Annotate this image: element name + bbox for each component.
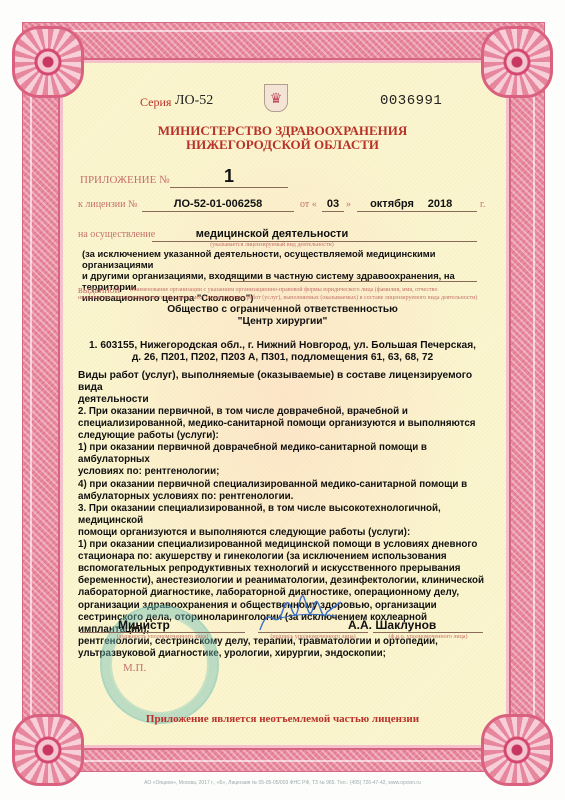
date-suffix: г.: [480, 199, 485, 210]
works-line: 1) при оказании специализированной медиц…: [78, 539, 498, 551]
works-line: 4) при оказании первичной специализирова…: [78, 479, 498, 491]
works-line: беременности), анестезиологии и реанимат…: [78, 575, 498, 587]
license-number: ЛО-52-01-006258: [142, 198, 294, 210]
signature-hint: (подпись уполномоченного лица): [258, 634, 368, 640]
name-underline: [373, 632, 483, 633]
works-line: 3. При оказании специализированной, в то…: [78, 503, 498, 527]
appendix-label: ПРИЛОЖЕНИЕ №: [80, 174, 170, 186]
works-line: помощи организуются и выполняются следую…: [78, 527, 498, 539]
coat-of-arms-icon: ♛: [264, 84, 288, 112]
date-month: октября: [362, 198, 422, 210]
works-line: 2. При оказании первичной, в том числе д…: [78, 406, 498, 418]
blank-number: 0036991: [380, 93, 442, 109]
works-heading-line: деятельности: [78, 394, 488, 406]
exclusion-underline: [230, 281, 477, 282]
day-underline: [322, 211, 344, 212]
works-line: 1) при оказании первичной доврачебной ме…: [78, 442, 498, 466]
organization-name: Общество с ограниченной ответственностью…: [80, 304, 485, 328]
corner-rosette-icon: [481, 26, 553, 98]
signer-name: А.А. Шаклунов: [348, 618, 436, 632]
signer-name-hint: (ф.и.о. уполномоченного лица): [373, 634, 483, 640]
signer-position: Министр: [118, 618, 170, 632]
corner-rosette-icon: [12, 26, 84, 98]
month-year-underline: [357, 211, 477, 212]
works-heading: Виды работ (услуг), выполняемые (оказыва…: [78, 370, 488, 407]
footer-note: Приложение является неотъемлемой частью …: [80, 713, 485, 725]
exclusion-line: (за исключением указанной деятельности, …: [82, 248, 482, 270]
appendix-underline: [170, 187, 288, 188]
address-line: 1. 603155, Нижегородская обл., г. Нижний…: [80, 340, 485, 352]
license-appendix-sheet: Серия ЛО-52 ♛ 0036991 МИНИСТЕРСТВО ЗДРАВ…: [0, 0, 565, 800]
works-line: вспомогательных репродуктивных технологи…: [78, 563, 498, 575]
org-line: "Центр хирургии": [80, 316, 485, 328]
signature-underline: [258, 632, 368, 633]
seal-label: М.П.: [123, 662, 146, 674]
date-day: 03: [322, 198, 344, 210]
signer-position-hint: (должность уполномоченного лица): [80, 634, 245, 640]
org-line: Общество с ограниченной ответственностью: [80, 304, 485, 316]
address-line: д. 26, П201, П202, П203 А, П301, подломе…: [80, 352, 485, 364]
license-label: к лицензии №: [78, 199, 138, 210]
works-heading-line: Виды работ (услуг), выполняемые (оказыва…: [78, 370, 488, 394]
address: 1. 603155, Нижегородская обл., г. Нижний…: [80, 340, 485, 364]
appendix-number: 1: [170, 166, 288, 187]
ministry-title-line2: НИЖЕГОРОДСКОЙ ОБЛАСТИ: [80, 137, 485, 153]
works-line: амбулаторных условиях по: рентгенологии.: [78, 491, 498, 503]
activity-label: на осуществление: [78, 229, 155, 240]
date-quote-close: »: [346, 199, 351, 210]
license-underline: [142, 211, 294, 212]
activity-value: медицинской деятельности: [152, 228, 392, 240]
works-line: условиях по: рентгенологии;: [78, 466, 498, 478]
series-value: ЛО-52: [175, 93, 213, 109]
corner-rosette-icon: [481, 714, 553, 786]
printer-imprint: АО «Опцион», Москва, 2017 г., «Б», Лицен…: [60, 780, 505, 786]
date-year: 2018: [420, 198, 460, 210]
corner-rosette-icon: [12, 714, 84, 786]
issued-hint: (наименование организации с указанием ор…: [78, 286, 483, 302]
position-underline: [80, 632, 245, 633]
series-label: Серия: [140, 95, 171, 110]
works-line: следующие работы (услуги):: [78, 430, 498, 442]
works-line: специализированной, медико-санитарной по…: [78, 418, 498, 430]
date-from-label: от «: [300, 199, 317, 210]
works-line: стационара по: акушерству и гинекологии …: [78, 551, 498, 563]
